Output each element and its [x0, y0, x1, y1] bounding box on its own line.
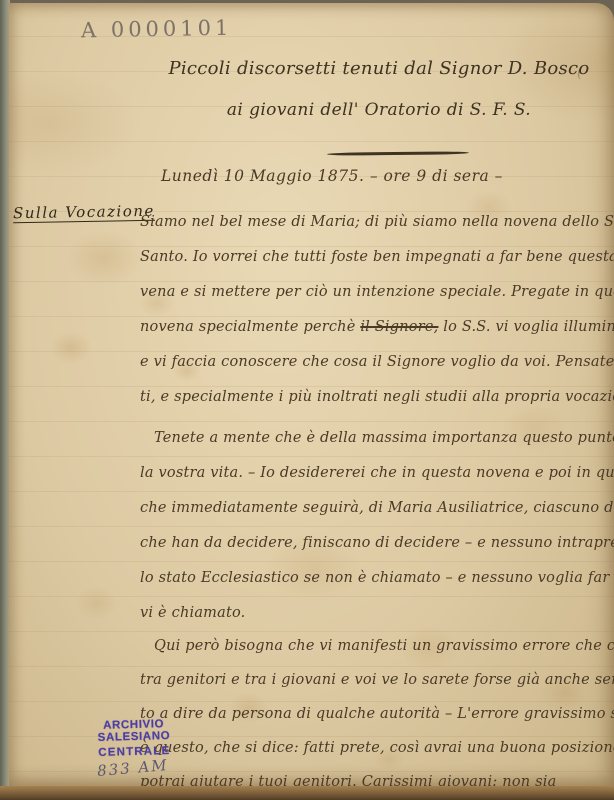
manuscript-line: che han da decidere, finiscano di decide… [140, 526, 614, 561]
manuscript-line-with-correction: novena specialmente perchè il Signore, l… [140, 310, 614, 345]
manuscript-line: Siamo nel bel mese di Maria; di più siam… [140, 205, 614, 240]
paragraph-3: Qui però bisogna che vi manifesti un gra… [140, 629, 614, 786]
scanned-manuscript-page: A 0000101 ( Piccoli discorsetti tenuti d… [0, 0, 614, 800]
date-line: Lunedì 10 Maggio 1875. – ore 9 di sera – [161, 167, 503, 185]
manuscript-line: lo stato Ecclesiastico se non è chiamato… [140, 561, 614, 596]
title-underline-flourish [327, 151, 469, 155]
manuscript-line: vena e si mettere per ciò un intenzione … [140, 275, 614, 310]
paragraph-1: Siamo nel bel mese di Maria; di più siam… [140, 205, 614, 415]
manuscript-paper: A 0000101 ( Piccoli discorsetti tenuti d… [9, 3, 614, 786]
stamp-line-1: ARCHIVIO SALESIANO [67, 717, 202, 744]
archive-number: A 0000101 [81, 16, 233, 43]
title-line-2: ai giovani dell' Oratorio di S. F. S. [149, 100, 609, 120]
page-bottom-edge [0, 786, 614, 800]
title-line-1: Piccoli discorsetti tenuti dal Signor D.… [149, 58, 609, 79]
manuscript-line: che immediatamente seguirà, di Maria Aus… [140, 491, 614, 526]
manuscript-line: Santo. Io vorrei che tutti foste ben imp… [140, 240, 614, 275]
paragraph-2: Tenete a mente che è della massima impor… [140, 421, 614, 631]
line-segment: novena specialmente perchè [140, 319, 360, 335]
margin-note-topic: Sulla Vocazione [13, 202, 155, 222]
manuscript-line: vi è chiamato. [140, 596, 614, 631]
manuscript-line: potrai ajutare i tuoi genitori. Carissim… [140, 765, 614, 786]
manuscript-line: Tenete a mente che è della massima impor… [140, 421, 614, 456]
manuscript-line: è questo, che si dice: fatti prete, così… [140, 731, 614, 765]
manuscript-line: ti, e specialmente i più inoltrati negli… [140, 380, 614, 415]
manuscript-line: la vostra vita. – Io desidererei che in … [140, 456, 614, 491]
line-segment: lo S.S. vi voglia illuminare [438, 319, 614, 335]
manuscript-line: e vi faccia conoscere che cosa il Signor… [140, 345, 614, 380]
manuscript-line: Qui però bisogna che vi manifesti un gra… [140, 629, 614, 663]
archive-stamp: ARCHIVIO SALESIANO CENTRALE [67, 717, 202, 759]
manuscript-line: tra genitori e tra i giovani e voi ve lo… [140, 663, 614, 697]
struck-text: il Signore, [360, 319, 438, 335]
manuscript-line: to a dire da persona di qualche autorità… [140, 697, 614, 731]
document-title: Piccoli discorsetti tenuti dal Signor D.… [149, 58, 609, 120]
